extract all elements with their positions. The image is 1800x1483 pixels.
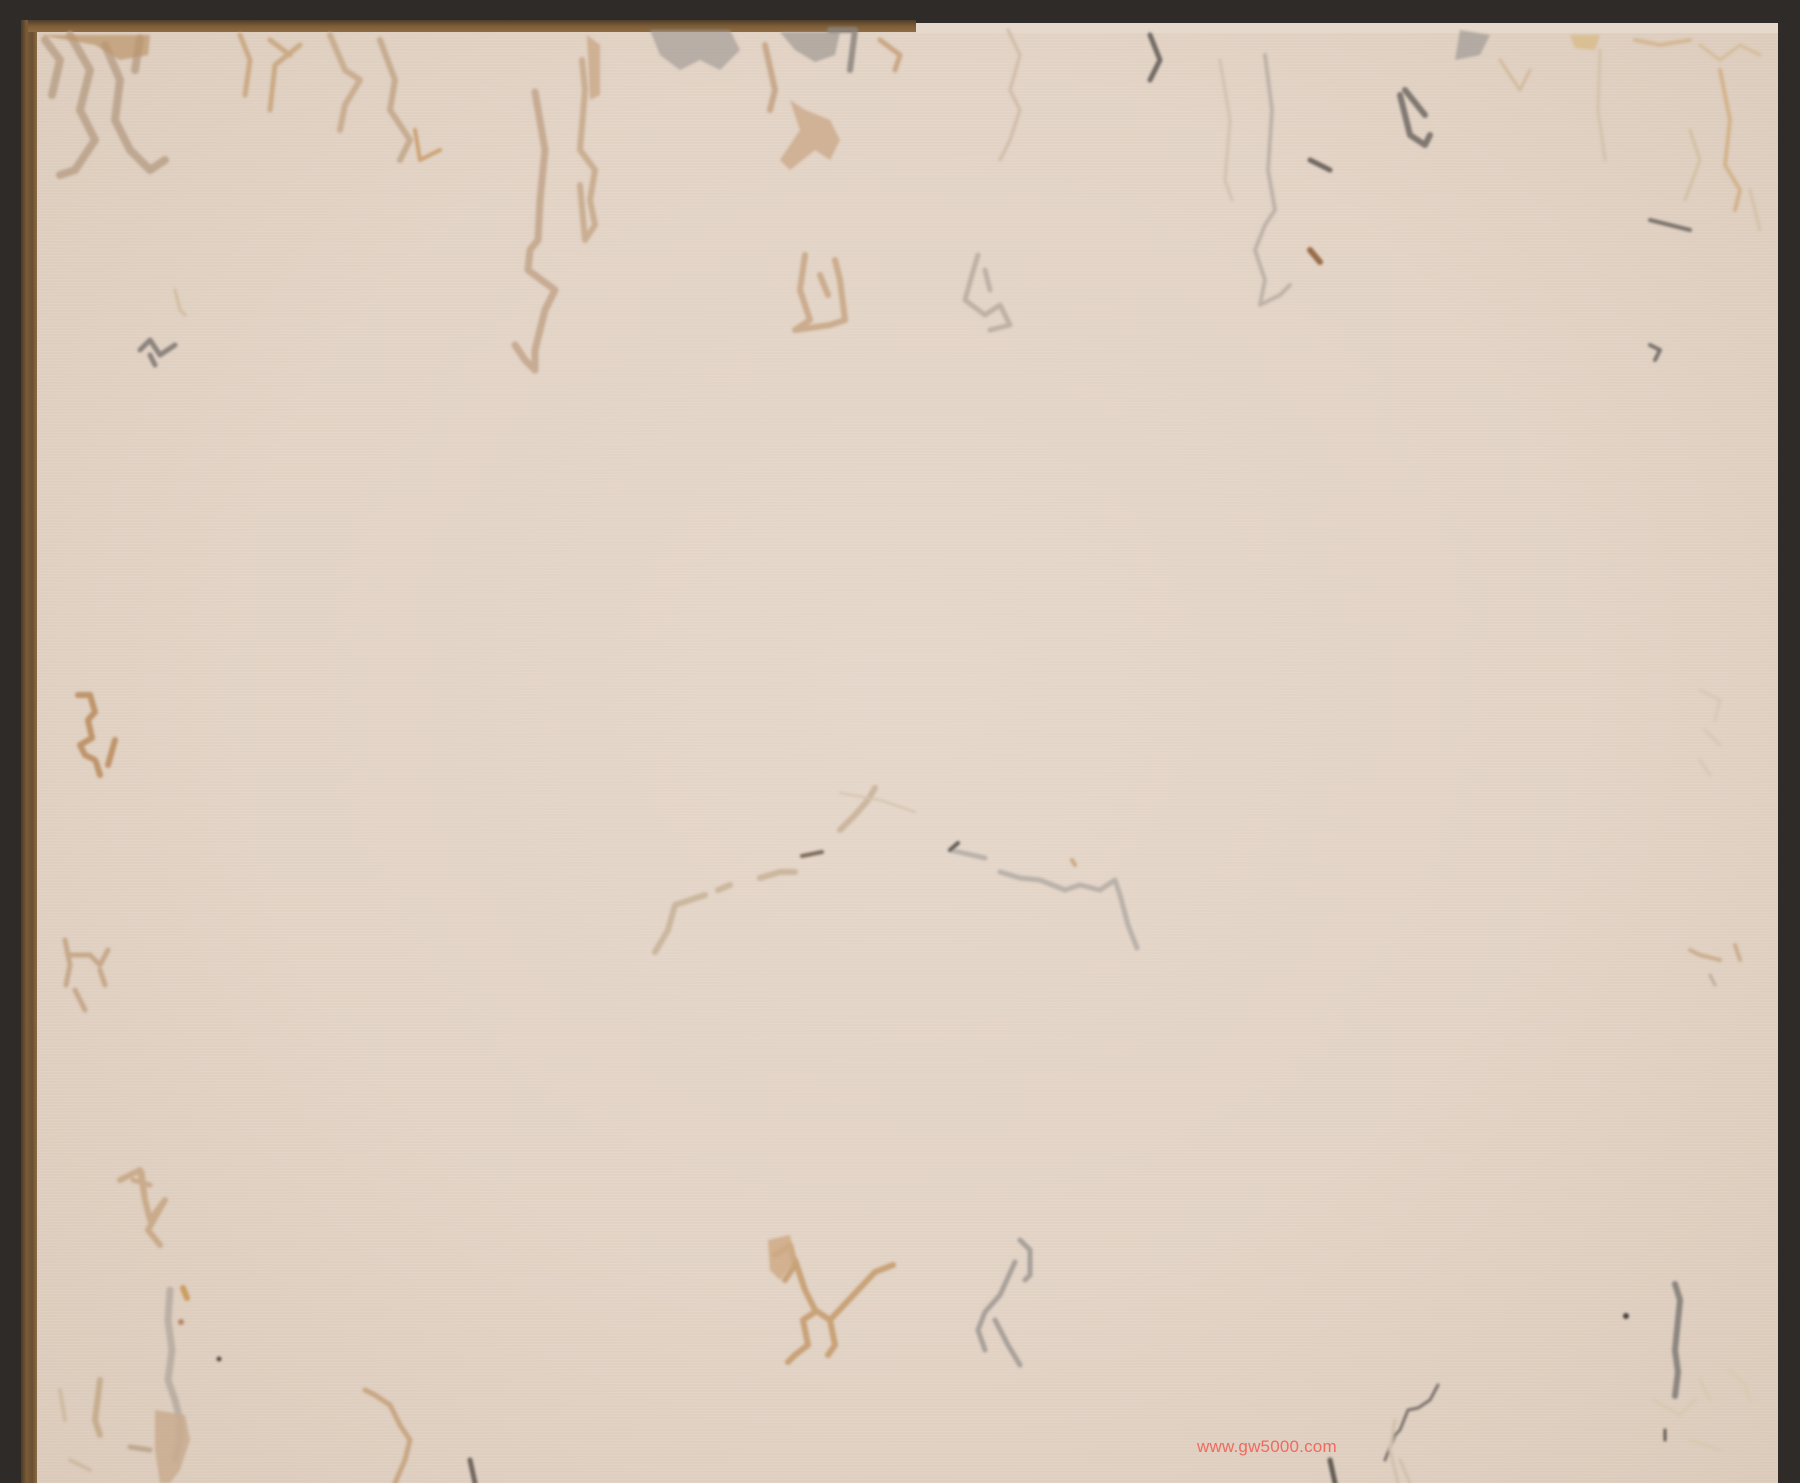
stain-top-left-cluster — [45, 35, 165, 175]
stain-glyph-1 — [795, 255, 845, 330]
watermark-text: www.gw5000.com — [1197, 1437, 1337, 1457]
stain-bottom-right-glyph — [978, 1240, 1030, 1365]
stain-right-vertical-dark — [1675, 1284, 1680, 1396]
stain-central-peak-left — [655, 788, 875, 952]
stain-right-long-drip — [1255, 55, 1290, 305]
stain-central-peak-right — [950, 850, 1137, 948]
stain-left-mid-1 — [78, 695, 115, 775]
stain-bottom-drip-center-left — [365, 1390, 410, 1483]
stain-left-mid-2 — [65, 940, 108, 1010]
stain-bottom-right-crack — [1385, 1385, 1438, 1460]
stain-splash-center-top — [780, 100, 840, 170]
water-stains — [0, 0, 1800, 1483]
stain-glyph-2 — [965, 255, 1010, 330]
stain-long-drip-1 — [515, 92, 555, 370]
